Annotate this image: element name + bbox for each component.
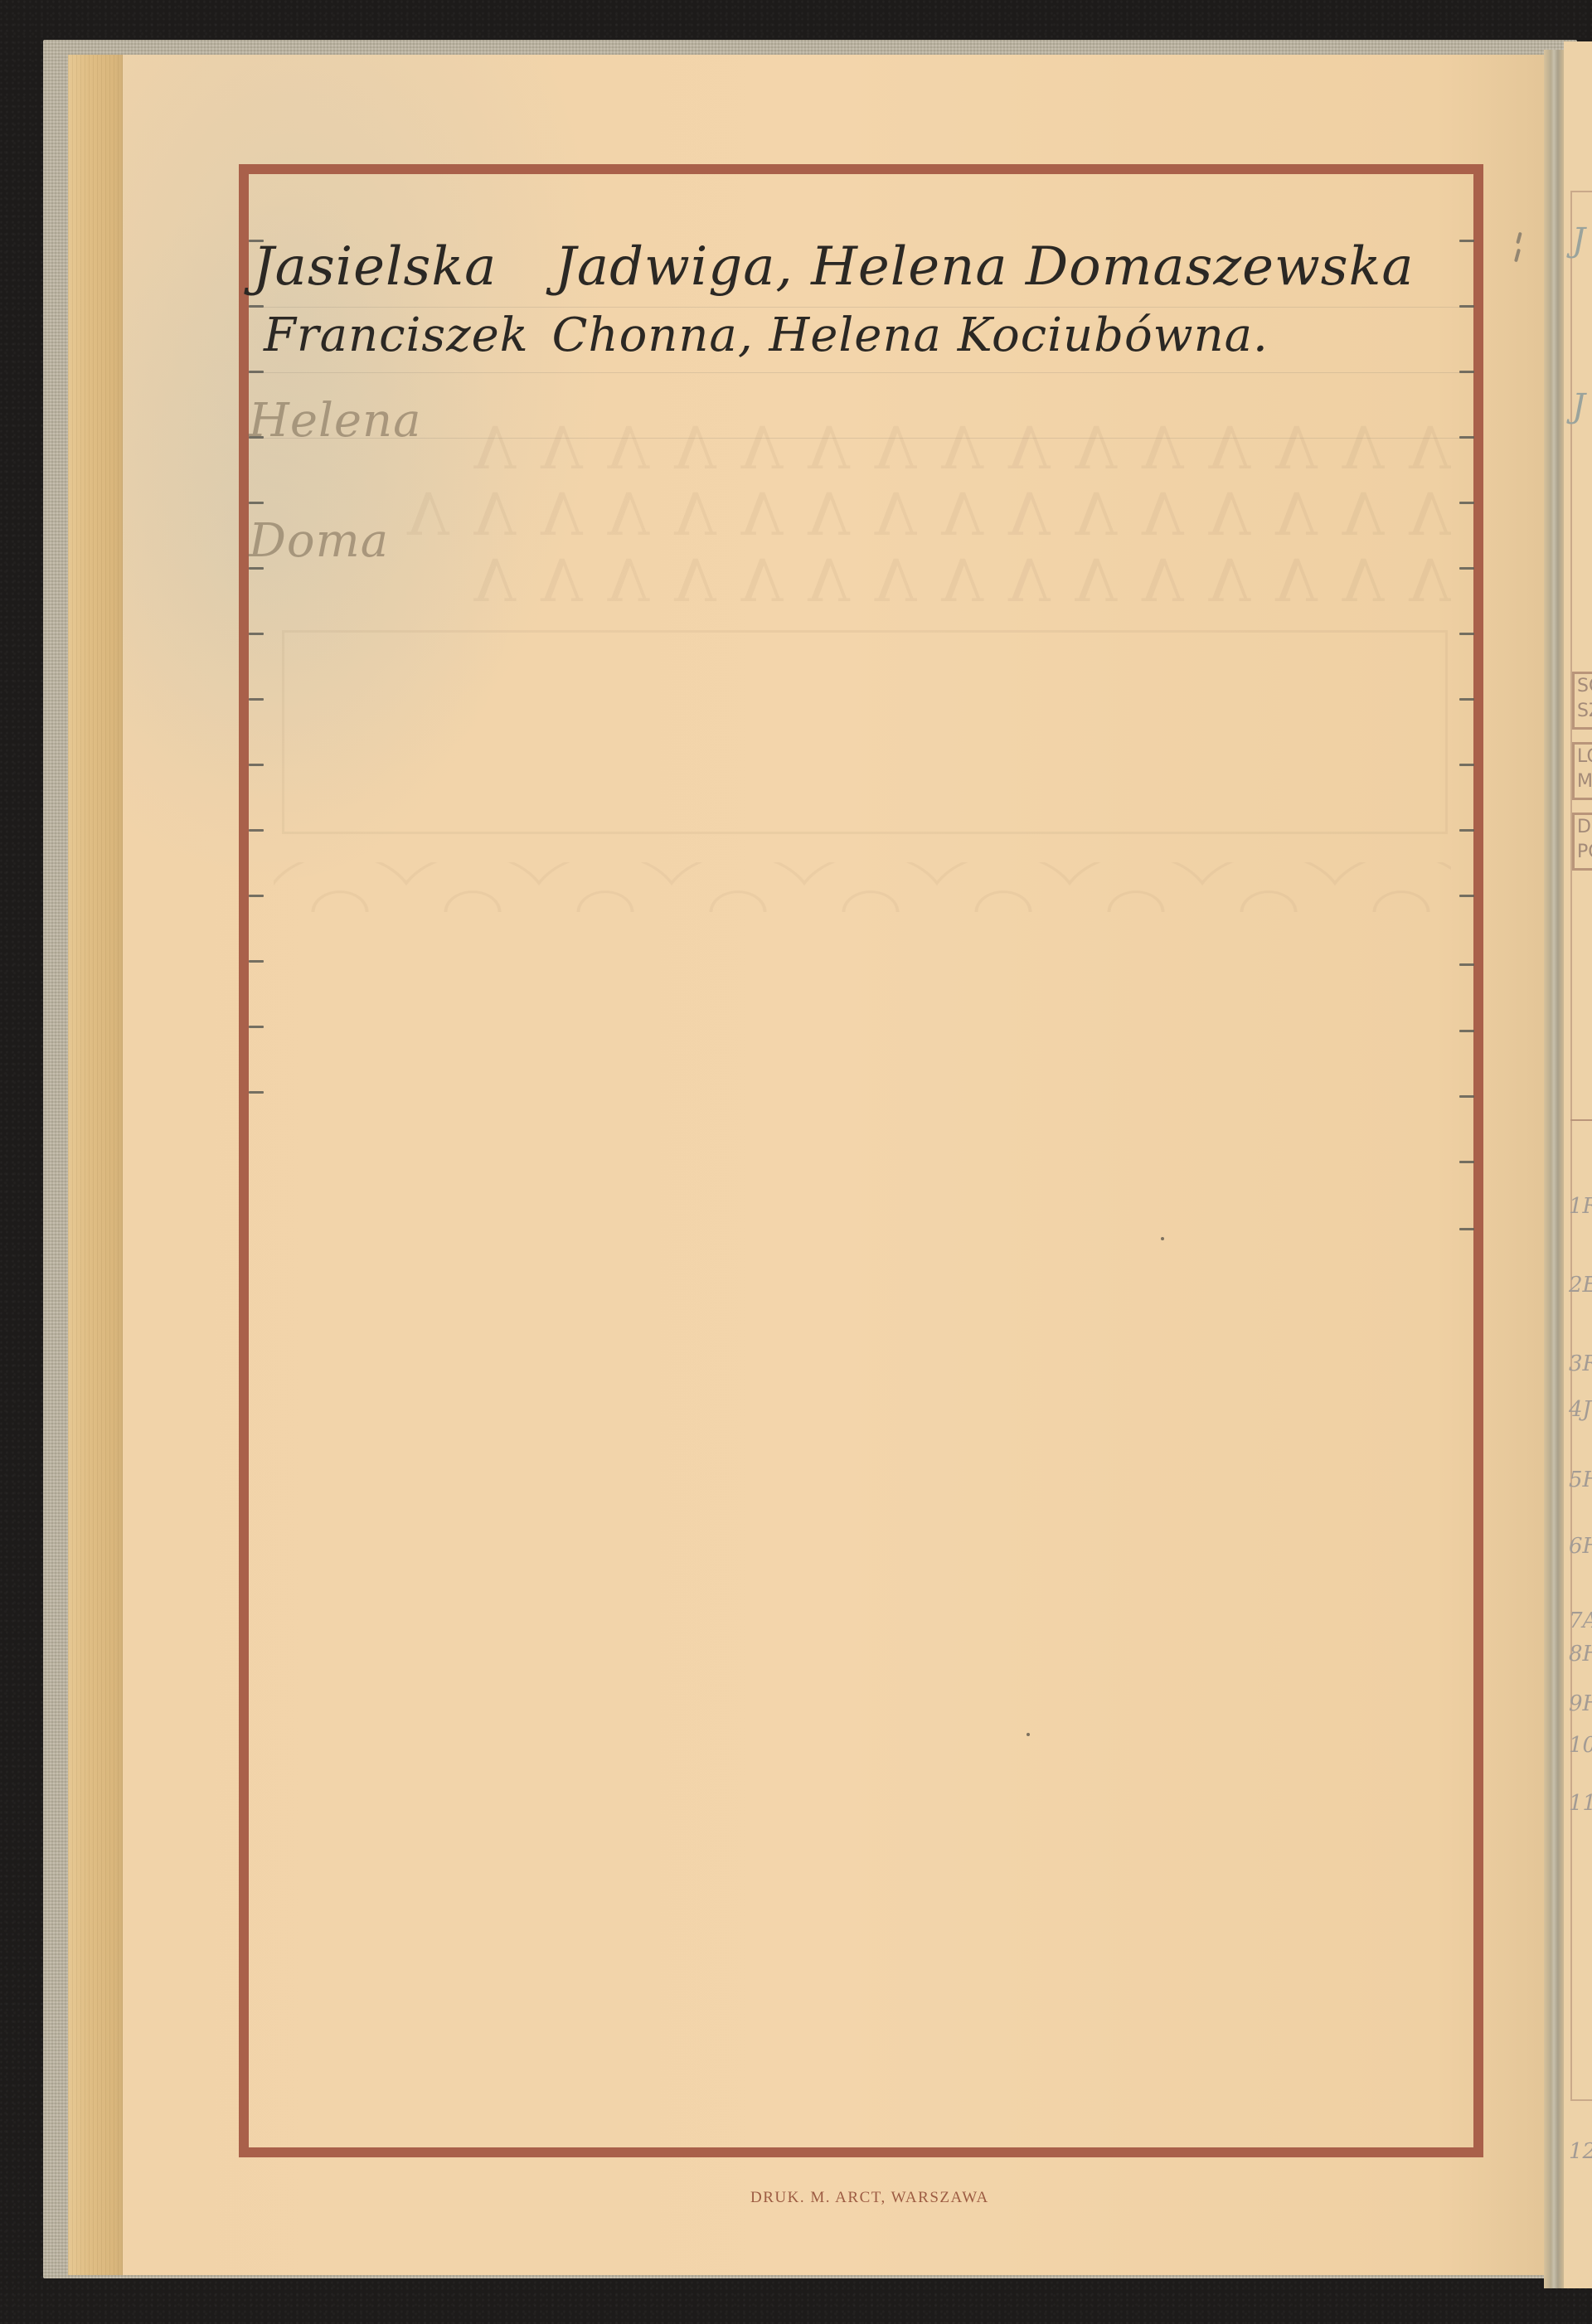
right-tick-mark <box>1459 240 1474 242</box>
adjacent-page-divider <box>1570 1119 1592 1121</box>
adjacent-list-item: 10St <box>1569 1733 1592 1758</box>
left-tick-mark <box>249 698 264 701</box>
adjacent-page-ornament: J <box>1572 390 1585 423</box>
right-tick-mark <box>1459 633 1474 635</box>
handwritten-surname: Jasielska <box>253 236 497 298</box>
right-tick-mark <box>1459 829 1474 832</box>
right-tick-mark <box>1459 764 1474 766</box>
faint-pencil-word: Helena <box>249 394 421 448</box>
right-tick-mark <box>1459 698 1474 701</box>
printer-imprint: DRUK. M. ARCT, WARSZAWA <box>750 2189 989 2207</box>
left-tick-mark <box>249 895 264 897</box>
left-tick-mark <box>249 960 264 963</box>
adjacent-list-item: 4Jó <box>1569 1397 1592 1422</box>
right-tick-mark <box>1459 371 1474 373</box>
handwritten-names: Chonna, Helena Kociubówna. <box>552 308 1269 362</box>
handwritten-names: Jadwiga, Helena Domaszewska <box>555 236 1414 298</box>
adjacent-list-item: 3Ru <box>1569 1351 1592 1376</box>
right-tick-mark <box>1459 502 1474 504</box>
left-tick-mark <box>249 371 264 373</box>
right-tick-mark <box>1459 1030 1474 1032</box>
adjacent-page-box: DIS PO <box>1572 813 1592 871</box>
left-tick-mark <box>249 829 264 832</box>
handwritten-first-name: Franciszek <box>264 308 529 362</box>
right-tick-mark <box>1459 1095 1474 1098</box>
adjacent-list-item: 7A <box>1569 1608 1592 1633</box>
adjacent-page-box: LO MI <box>1572 742 1592 800</box>
page-edges <box>68 55 126 2275</box>
adjacent-list-item: 6H <box>1569 1534 1592 1559</box>
right-tick-mark <box>1459 436 1474 439</box>
adjacent-list-item: 5H <box>1569 1468 1592 1492</box>
right-tick-mark <box>1459 895 1474 897</box>
adjacent-list-item: 12S <box>1569 2139 1592 2164</box>
adjacent-page-box: SCH SZK <box>1572 672 1592 730</box>
adjacent-list-item: 11W <box>1569 1791 1592 1816</box>
ruled-line <box>249 438 1474 439</box>
adjacent-page-ornament: J <box>1572 224 1585 257</box>
printed-border-frame <box>239 164 1483 2157</box>
right-tick-mark <box>1459 1228 1474 1230</box>
faint-pencil-word: Doma <box>249 514 389 568</box>
right-tick-mark <box>1459 305 1474 308</box>
adjacent-page: J J SCH SZK LO MI DIS PO 1Ru 2Er 3Ru 4Jó… <box>1564 41 1592 2288</box>
left-tick-mark <box>249 1026 264 1028</box>
adjacent-list-item: 8H <box>1569 1642 1592 1667</box>
right-tick-mark <box>1459 963 1474 966</box>
ruled-line <box>249 307 1474 308</box>
handwritten-line-2: FranciszekChonna, Helena Kociubówna. <box>264 308 1269 362</box>
handwritten-line-1: JasielskaJadwiga, Helena Domaszewska <box>253 236 1415 298</box>
ink-speck <box>1027 1733 1030 1736</box>
ruled-line <box>249 372 1474 373</box>
left-tick-mark <box>249 502 264 504</box>
ink-speck <box>1161 1237 1164 1240</box>
left-tick-mark <box>249 633 264 635</box>
left-tick-mark <box>249 305 264 308</box>
adjacent-list-item: 2Er <box>1569 1273 1592 1298</box>
left-tick-mark <box>249 1091 264 1094</box>
right-tick-mark <box>1459 567 1474 570</box>
right-tick-mark <box>1459 1161 1474 1163</box>
book-gutter <box>1544 50 1564 2288</box>
left-tick-mark <box>249 764 264 766</box>
adjacent-list-item: 9H <box>1569 1691 1592 1716</box>
adjacent-list-item: 1Ru <box>1569 1194 1592 1219</box>
